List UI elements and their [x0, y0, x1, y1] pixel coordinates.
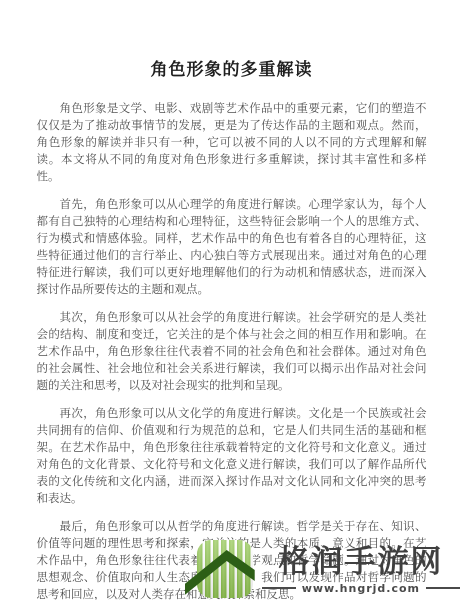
left-dash-line — [262, 587, 296, 589]
paragraph-psychology: 首先，角色形象可以从心理学的角度进行解读。心理学家认为，每个人都有自己独特的心理… — [37, 196, 427, 298]
page-title: 角色形象的多重解读 — [0, 55, 463, 80]
watermark-text-block: 格润手游网 www.hngrjd.com — [262, 544, 460, 595]
paragraph-culture: 再次，角色形象可以从文化学的角度进行解读。文化是一个民族或社会共同拥有的信仰、价… — [37, 405, 427, 507]
paragraph-intro: 角色形象是文学、电影、戏剧等艺术作品中的重要元素，它们的塑造不仅仅是为了推动故事… — [37, 100, 427, 185]
site-url: www.hngrjd.com — [302, 582, 420, 595]
document-body: 角色形象是文学、电影、戏剧等艺术作品中的重要元素，它们的塑造不仅仅是为了推动故事… — [37, 100, 427, 600]
site-name: 格润手游网 — [278, 544, 443, 580]
right-dash-line — [426, 587, 460, 589]
site-watermark: 格润手游网 www.hngrjd.com — [197, 540, 460, 598]
site-url-row: www.hngrjd.com — [262, 582, 460, 595]
grjd-logo-icon — [197, 540, 253, 598]
paragraph-sociology: 其次，角色形象可以从社会学的角度进行解读。社会学研究的是人类社会的结构、制度和变… — [37, 309, 427, 394]
document-page: 角色形象的多重解读 角色形象是文学、电影、戏剧等艺术作品中的重要元素，它们的塑造… — [0, 0, 463, 600]
